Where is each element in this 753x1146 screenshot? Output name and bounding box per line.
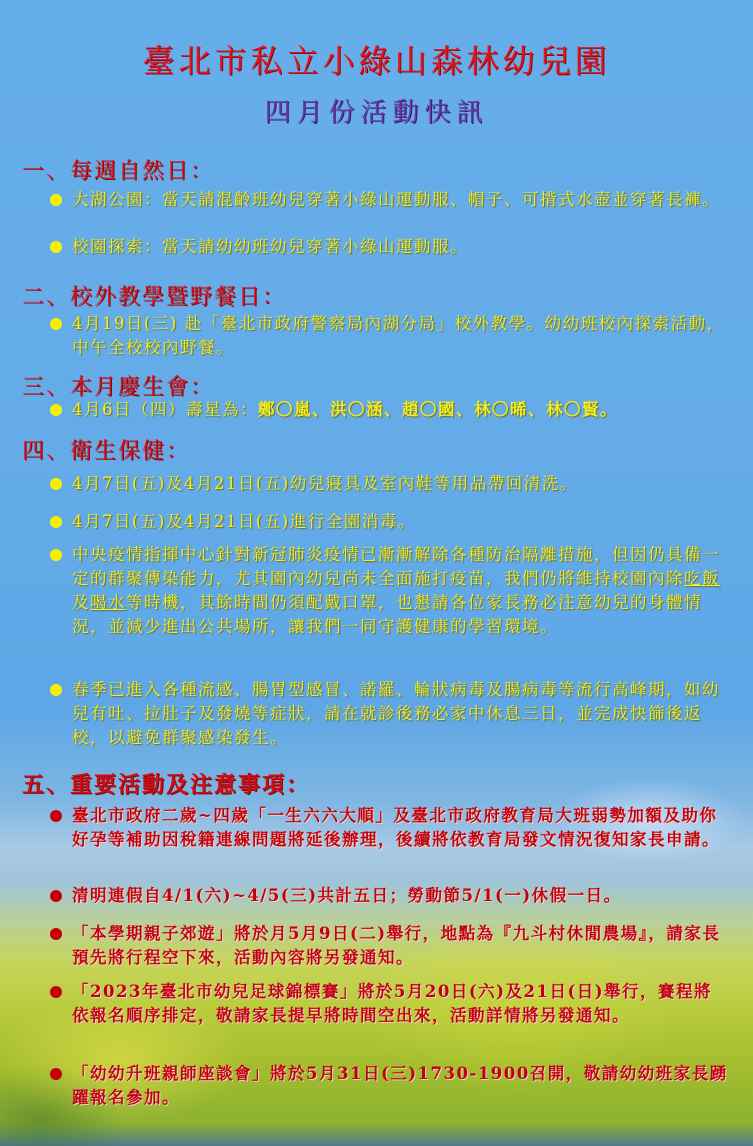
section-heading: 五、重要活動及注意事項： xyxy=(22,768,310,799)
underlined-text: 吃飯 xyxy=(684,569,720,588)
bullet-icon xyxy=(50,318,62,330)
list-item: 大湖公園：當天請混齡班幼兒穿著小綠山運動服、帽子、可揹式水壺並穿著長褲。 xyxy=(50,188,730,212)
page-title: 臺北市私立小綠山森林幼兒園 xyxy=(0,36,753,82)
page-subtitle: 四月份活動快訊 xyxy=(0,92,753,129)
text-part: 中央疫情指揮中心針對新冠肺炎疫情已漸漸解除各種防治隔離措施，但因仍具備一定的群聚… xyxy=(72,545,720,588)
section-heading: 三、本月慶生會： xyxy=(22,370,214,401)
section-heading: 二、校外教學暨野餐日： xyxy=(22,280,286,311)
item-text: 4月6日（四）壽星為：鄭〇嵐、洪〇涵、趙〇國、林〇晞、林〇賢。 xyxy=(72,398,730,422)
item-text: 「本學期親子郊遊」將於月5月9日(二)舉行，地點為『九斗村休閒農場』，請家長預先… xyxy=(72,922,730,970)
bullet-icon xyxy=(50,194,62,206)
list-item: 「幼幼升班親師座談會」將於5月31日(三)1730-1900召開，敬請幼幼班家長… xyxy=(50,1062,730,1110)
item-text: 校園探索：當天請幼幼班幼兒穿著小綠山運動服。 xyxy=(72,235,730,259)
item-text: 「幼幼升班親師座談會」將於5月31日(三)1730-1900召開，敬請幼幼班家長… xyxy=(72,1062,730,1110)
list-item: 「2023年臺北市幼兒足球錦標賽」將於5月20日(六)及21日(日)舉行，賽程將… xyxy=(50,980,730,1028)
bullet-icon xyxy=(50,1068,62,1080)
section-heading: 四、衛生保健： xyxy=(22,434,190,465)
item-text: 清明連假自4/1(六)~4/5(三)共計五日；勞動節5/1(一)休假一日。 xyxy=(72,884,730,908)
list-item: 4月6日（四）壽星為：鄭〇嵐、洪〇涵、趙〇國、林〇晞、林〇賢。 xyxy=(50,398,730,422)
item-text: 臺北市政府二歲~四歲「一生六六大順」及臺北市政府教育局大班弱勢加額及助你好孕等補… xyxy=(72,804,730,852)
bullet-icon xyxy=(50,810,62,822)
list-item: 清明連假自4/1(六)~4/5(三)共計五日；勞動節5/1(一)休假一日。 xyxy=(50,884,730,908)
text-part: 等時機，其餘時間仍須配戴口罩，也懇請各位家長務必注意幼兒的身體情況，並減少進出公… xyxy=(72,593,702,636)
text-part: 及 xyxy=(72,593,90,612)
item-text: 4月19日(三) 赴「臺北市政府警察局內湖分局」校外教學。幼幼班校內探索活動，中… xyxy=(72,312,730,360)
section-heading: 一、每週自然日： xyxy=(22,154,214,185)
list-item: 4月7日(五)及4月21日(五)幼兒寢具及室內鞋等用品帶回清洗。 xyxy=(50,472,730,496)
newsletter-page: 臺北市私立小綠山森林幼兒園 四月份活動快訊 一、每週自然日： 大湖公園：當天請混… xyxy=(0,0,753,1146)
item-text: 4月7日(五)及4月21日(五)幼兒寢具及室內鞋等用品帶回清洗。 xyxy=(72,472,730,496)
item-text: 大湖公園：當天請混齡班幼兒穿著小綠山運動服、帽子、可揹式水壺並穿著長褲。 xyxy=(72,188,730,212)
item-text: 4月7日(五)及4月21日(五)進行全園消毒。 xyxy=(72,510,730,534)
bullet-icon xyxy=(50,928,62,940)
bullet-icon xyxy=(50,890,62,902)
birthday-date: 4月6日（四）壽星為： xyxy=(72,400,258,419)
item-text: 春季已進入各種流感、腸胃型感冒、諾羅、輪狀病毒及腸病毒等流行高峰期，如幼兒有吐、… xyxy=(72,678,730,750)
list-item: 校園探索：當天請幼幼班幼兒穿著小綠山運動服。 xyxy=(50,235,730,259)
list-item: 4月7日(五)及4月21日(五)進行全園消毒。 xyxy=(50,510,730,534)
list-item: 4月19日(三) 赴「臺北市政府警察局內湖分局」校外教學。幼幼班校內探索活動，中… xyxy=(50,312,730,360)
bullet-icon xyxy=(50,404,62,416)
list-item: 春季已進入各種流感、腸胃型感冒、諾羅、輪狀病毒及腸病毒等流行高峰期，如幼兒有吐、… xyxy=(50,678,730,750)
bullet-icon xyxy=(50,516,62,528)
item-text: 中央疫情指揮中心針對新冠肺炎疫情已漸漸解除各種防治隔離措施，但因仍具備一定的群聚… xyxy=(72,543,730,639)
bullet-icon xyxy=(50,549,62,561)
list-item: 「本學期親子郊遊」將於月5月9日(二)舉行，地點為『九斗村休閒農場』，請家長預先… xyxy=(50,922,730,970)
bullet-icon xyxy=(50,241,62,253)
list-item: 臺北市政府二歲~四歲「一生六六大順」及臺北市政府教育局大班弱勢加額及助你好孕等補… xyxy=(50,804,730,852)
birthday-names: 鄭〇嵐、洪〇涵、趙〇國、林〇晞、林〇賢。 xyxy=(258,400,618,419)
bullet-icon xyxy=(50,684,62,696)
bullet-icon xyxy=(50,478,62,490)
bullet-icon xyxy=(50,986,62,998)
list-item: 中央疫情指揮中心針對新冠肺炎疫情已漸漸解除各種防治隔離措施，但因仍具備一定的群聚… xyxy=(50,543,730,639)
item-text: 「2023年臺北市幼兒足球錦標賽」將於5月20日(六)及21日(日)舉行，賽程將… xyxy=(72,980,730,1028)
underlined-text: 喝水 xyxy=(90,593,126,612)
